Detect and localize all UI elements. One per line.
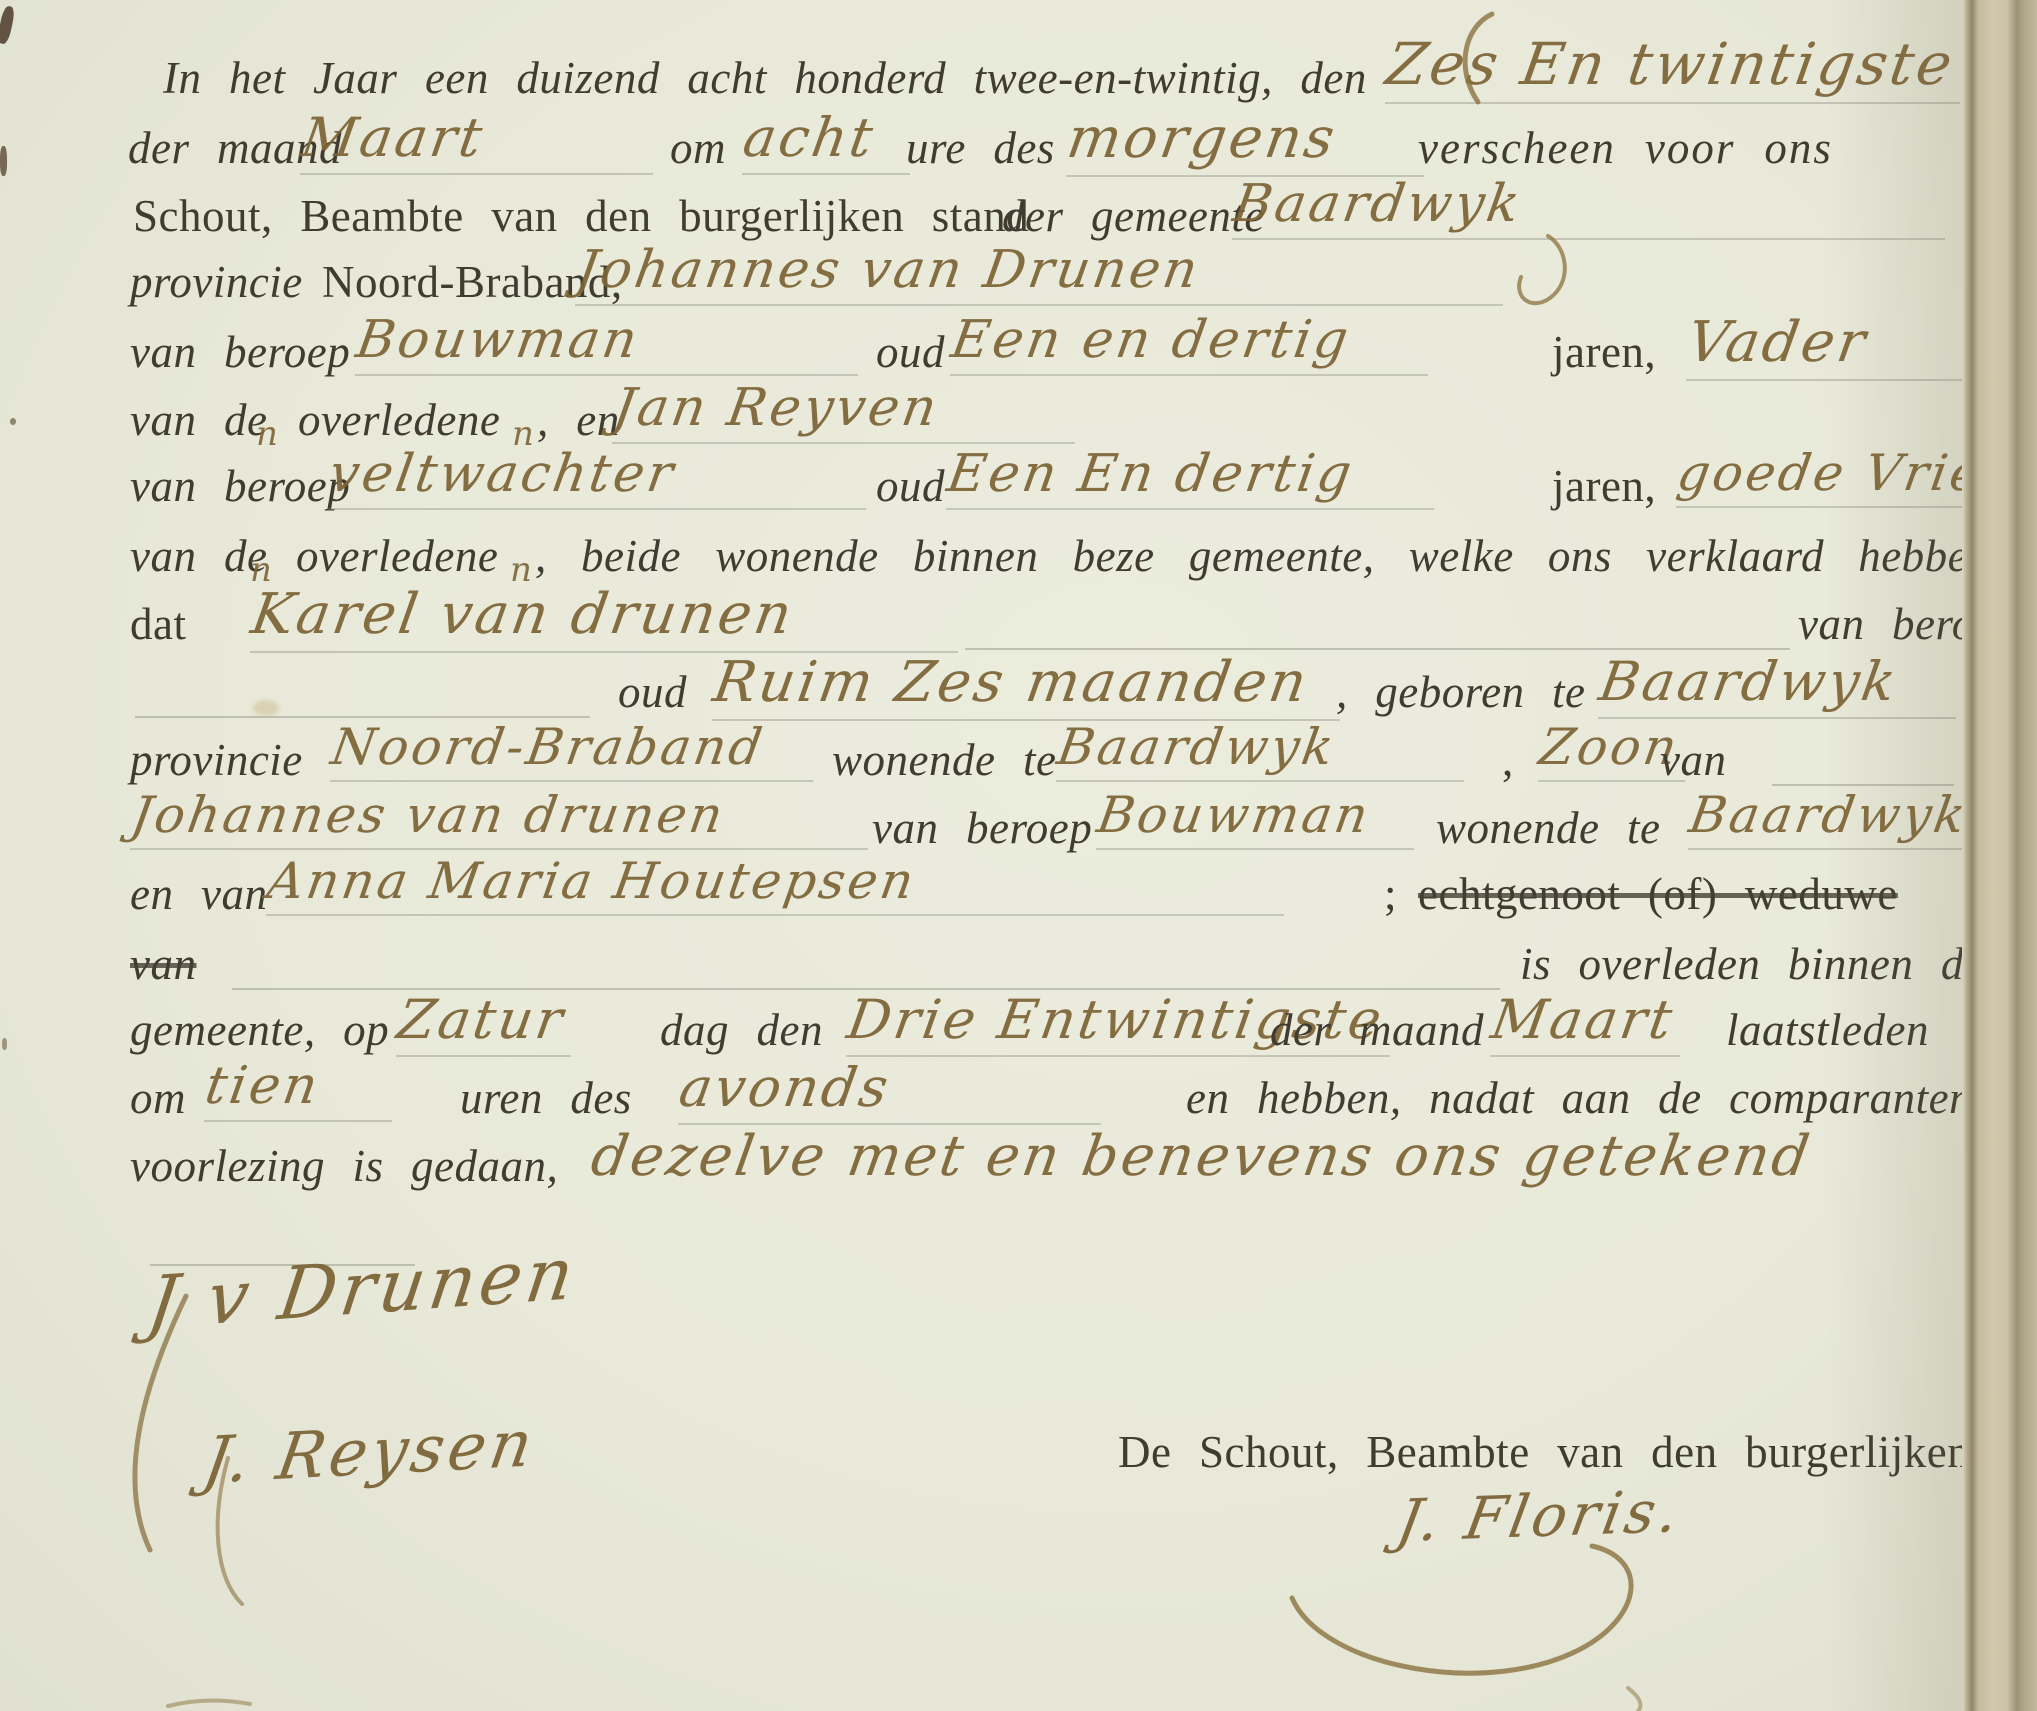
printed-text: van beroep xyxy=(130,326,350,378)
printed-text: dat xyxy=(130,598,186,650)
signature-declarant-1: J v Drunen xyxy=(146,1231,580,1346)
signature-paraph xyxy=(1292,1546,1631,1673)
printed-text: , beide wonende binnen beze gemeente, we… xyxy=(535,530,1963,582)
printed-text: van beroep xyxy=(130,460,350,512)
document-line: voorlezing is gedaan, dezelve met en ben… xyxy=(0,1140,1963,1220)
hw-birthplace: Baardwyk xyxy=(1598,650,1956,719)
blank-rule xyxy=(965,634,1790,650)
hw-death-daypart: avonds xyxy=(678,1056,1101,1125)
hw-closing-clause: dezelve met en benevens ons getekend xyxy=(590,1124,1817,1193)
printed-text: verscheen voor ons xyxy=(1418,122,1833,174)
printed-text: oud xyxy=(876,460,945,512)
printed-text: en van xyxy=(130,868,267,920)
hw-declarant-2-relation: goede Vriend xyxy=(1676,444,1963,508)
hw-declarant-1-occupation: Bouwman xyxy=(355,310,858,376)
printed-text: laatstleden xyxy=(1726,1004,1929,1056)
printed-text: jaren, xyxy=(1552,460,1656,512)
printed-text: provincie xyxy=(130,256,303,308)
blank-rule xyxy=(1772,770,1954,786)
printed-text: der maand xyxy=(1270,1004,1484,1056)
hw-death-hour: tien xyxy=(204,1056,392,1122)
hw-declarant-1-relation: Vader xyxy=(1686,310,1963,381)
printed-text: van beroep xyxy=(1798,598,1963,650)
hw-father-name: Johannes van drunen xyxy=(130,786,868,850)
ink-speck xyxy=(0,5,16,45)
printed-text: dag den xyxy=(660,1004,823,1056)
printed-text: van xyxy=(1660,734,1726,786)
hw-hour: acht xyxy=(742,106,910,175)
document-line: en van Anna Maria Houtepsen ; echtgenoot… xyxy=(0,868,1963,948)
hw-declarant-2-age: Een En dertig xyxy=(946,444,1434,510)
printed-text: der gemeente xyxy=(1002,190,1265,242)
printed-text: is overleden binnen deze xyxy=(1520,938,1963,990)
signature-official: J. Floris. xyxy=(1397,1477,1683,1555)
printed-text-struck: echtgenoot (of) weduwe xyxy=(1418,868,1898,920)
hw-residence: Baardwyk xyxy=(1056,718,1464,782)
cutoff-text-hint xyxy=(168,1700,250,1706)
printed-text: provincie xyxy=(130,734,303,786)
printed-text: Schout, Beambte van den burgerlijken sta… xyxy=(133,190,1029,242)
printed-text: , geboren te xyxy=(1336,666,1586,718)
hw-month: Maart xyxy=(300,106,653,175)
printed-text: ; xyxy=(1384,868,1397,920)
printed-text: van de xyxy=(130,394,267,446)
hw-mother-name: Anna Maria Houtepsen xyxy=(266,852,1284,916)
document-body: In het Jaar een duizend acht honderd twe… xyxy=(0,0,1963,1711)
printed-text: wonende te xyxy=(1436,802,1660,854)
hw-death-weekday: Zatur xyxy=(396,988,571,1057)
printed-text: om xyxy=(670,122,726,174)
official-title-line: De Schout, Beambte van den burgerlijken … xyxy=(1118,1426,1963,1478)
signature-declarant-2: J. Reysen xyxy=(202,1407,537,1498)
hw-daypart: morgens xyxy=(1066,106,1424,177)
printed-text: overledene xyxy=(296,530,498,582)
printed-text: , en xyxy=(537,394,620,446)
printed-text: wonende te xyxy=(832,734,1056,786)
hw-day-of-month: Zes En twintigste xyxy=(1385,30,1960,104)
hw-municipality: Baardwyk xyxy=(1232,174,1945,240)
hw-province: Noord-Braband xyxy=(330,718,813,782)
printed-text: gemeente, op xyxy=(130,1004,389,1056)
hw-deceased-age: Ruim Zes maanden xyxy=(712,650,1340,721)
printed-text: ure des xyxy=(906,122,1055,174)
hw-declarant-2-name: Jan Reyven xyxy=(612,378,1075,444)
printed-text: om xyxy=(130,1072,186,1124)
printed-text: oud xyxy=(876,326,945,378)
printed-text: In het Jaar een duizend acht honderd twe… xyxy=(163,52,1367,104)
death-record-scan: In het Jaar een duizend acht honderd twe… xyxy=(0,0,2037,1711)
hw-deceased-name: Karel van drunen xyxy=(250,582,958,653)
printed-text: en hebben, nadat aan de comparanten van … xyxy=(1186,1072,1963,1124)
printed-text: van beroep xyxy=(872,802,1092,854)
printed-text: jaren, xyxy=(1552,326,1656,378)
hw-declarant-2-occupation: veltwachter xyxy=(328,444,866,510)
hw-father-occupation: Bouwman xyxy=(1096,786,1414,850)
hw-father-residence: Baardwyk xyxy=(1688,786,1963,850)
hw-inserted-letter: n xyxy=(256,414,278,454)
hw-declarant-1-age: Een en dertig xyxy=(950,310,1428,376)
printed-text-struck: van xyxy=(130,938,196,990)
document-line: In het Jaar een duizend acht honderd twe… xyxy=(0,52,1963,132)
printed-text: van de xyxy=(130,530,267,582)
printed-text: overledene xyxy=(298,394,500,446)
printed-text: oud xyxy=(618,666,687,718)
cutoff-text-hint xyxy=(1628,1688,1640,1711)
hw-declarant-1-name: Johannes van Drunen xyxy=(575,240,1503,306)
blank-rule xyxy=(135,702,590,718)
page-binding-edge xyxy=(1962,0,2037,1711)
hw-death-month: Maart xyxy=(1490,988,1680,1057)
document-line: van beroep veltwachter oud Een En dertig… xyxy=(0,460,1963,540)
printed-text: voorlezing is gedaan, xyxy=(130,1140,558,1192)
printed-text: uren des xyxy=(460,1072,632,1124)
printed-text: , xyxy=(1502,734,1514,786)
